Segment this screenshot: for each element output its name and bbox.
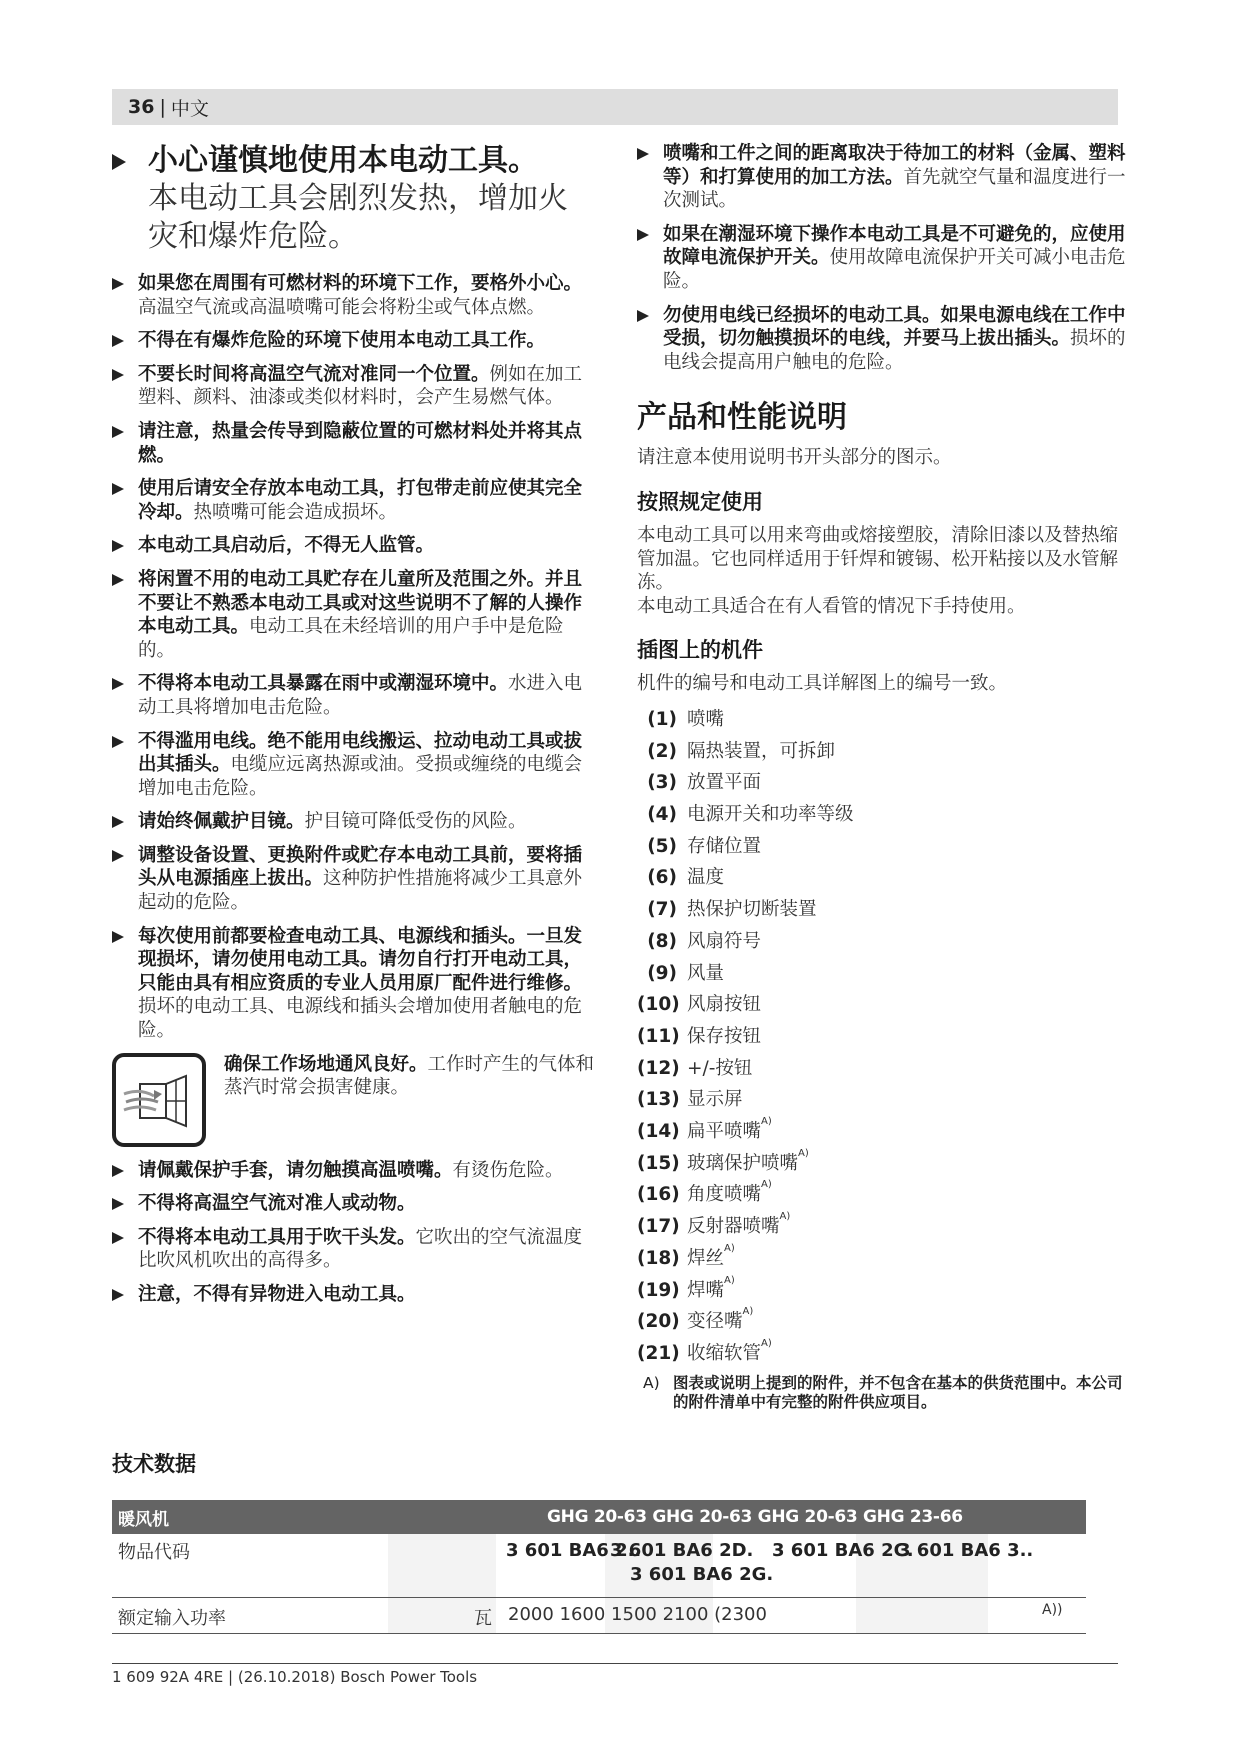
warning-bullet: 使用后请安全存放本电动工具，打包带走前应使其完全冷却。热喷嘴可能会造成损坏。 [112,477,597,524]
component-number: (2) [637,736,687,768]
bullet-bold-text: 本电动工具启动后，不得无人监管。 [138,535,434,556]
component-number: (10) [637,989,687,1021]
component-footnote-ref: A) [761,1116,772,1148]
component-footnote-ref: A) [761,1179,772,1211]
component-number: (14) [637,1116,687,1148]
component-item: (13)显示屏 [637,1084,1127,1116]
components-list: (1)喷嘴(2)隔热装置，可拆卸(3)放置平面(4)电源开关和功率等级(5)存储… [637,704,1127,1370]
lead-warning-bold: 小心谨慎地使用本电动工具。 [148,143,538,178]
warning-bullet: 请始终佩戴护目镜。护目镜可降低受伤的风险。 [112,810,597,834]
right-column: 喷嘴和工件之间的距离取决于待加工的材料（金属、塑料等）和打算使用的加工方法。首先… [637,142,1127,1412]
component-number: (20) [637,1306,687,1338]
component-label: 变径嘴 [687,1306,743,1338]
bullet-text: 护目镜可降低受伤的风险。 [305,811,527,832]
bullet-triangle-icon [637,148,649,160]
bullet-triangle-icon [112,816,124,828]
components-title: 插图上的机件 [637,634,1127,664]
bullet-bold-text: 勿使用电线已经损坏的电动工具。如果电源电线在工作中受损，切勿触摸损坏的电线，并要… [663,305,1126,350]
footnote-mark: A) [637,1374,673,1412]
bullet-triangle-icon [112,1232,124,1244]
page-header: 36 | 中文 [112,89,1118,125]
component-number: (6) [637,862,687,894]
component-number: (19) [637,1275,687,1307]
component-item: (16)角度喷嘴A) [637,1179,1127,1211]
row-value: 2000 1600 1500 2100 (2300 [508,1604,767,1625]
bullet-text: 热喷嘴可能会造成损坏。 [194,502,398,523]
component-footnote-ref: A) [780,1211,791,1243]
bullet-triangle-icon [112,154,126,170]
row-label: 额定输入功率 [118,1604,226,1630]
component-number: (12) [637,1053,687,1085]
component-item: (2)隔热装置，可拆卸 [637,736,1127,768]
row-value: 3 601 BA6 3.. [898,1540,1033,1561]
component-number: (8) [637,926,687,958]
row-value: 3 601 BA6 2C. [772,1540,914,1561]
bullet-triangle-icon [112,736,124,748]
bullet-triangle-icon [112,574,124,586]
lead-warning-text: 本电动工具会剧烈发热，增加火灾和爆炸危险。 [148,181,568,254]
bullet-bold-text: 注意，不得有异物进入电动工具。 [138,1284,416,1305]
component-label: 收缩软管 [687,1338,761,1370]
component-label: +/-按钮 [687,1053,752,1085]
table-header-label: 暖风机 [112,1505,169,1530]
bullet-triangle-icon [112,850,124,862]
header-language: 中文 [171,94,209,121]
footer-text: 1 609 92A 4RE | (26.10.2018) Bosch Power… [112,1668,477,1686]
bullet-text: 损坏的电动工具、电源线和插头会增加使用者触电的危险。 [138,996,582,1041]
bullet-bold-text: 每次使用前都要检查电动工具、电源线和插头。一旦发现损坏，请勿使用电动工具。请勿自… [138,926,582,994]
bullet-bold-text: 不得将本电动工具用于吹干头发。 [138,1227,416,1248]
bullet-triangle-icon [637,229,649,241]
bullet-triangle-icon [112,335,124,347]
component-label: 风扇符号 [687,926,761,958]
components-footnote: A) 图表或说明上提到的附件，并不包含在基本的供货范围中。本公司的附件清单中有完… [637,1374,1127,1412]
component-label: 焊嘴 [687,1275,724,1307]
row-value-footnote: A)) [1042,1602,1063,1618]
ventilation-window-icon [112,1053,206,1147]
bullet-text: 有烫伤危险。 [453,1160,564,1181]
component-label: 扁平喷嘴 [687,1116,761,1148]
component-label: 保存按钮 [687,1021,761,1053]
component-label: 放置平面 [687,767,761,799]
bullet-bold-text: 不得在有爆炸危险的环境下使用本电动工具工作。 [138,330,545,351]
warning-bullet: 不得将本电动工具用于吹干头发。它吹出的空气流温度比吹风机吹出的高得多。 [112,1226,597,1273]
warning-bullet: 不得将高温空气流对准人或动物。 [112,1192,597,1216]
left-bullet-list: 如果您在周围有可燃材料的环境下工作，要格外小心。高温空气流或高温喷嘴可能会将粉尘… [112,272,597,1043]
bullet-bold-text: 不要长时间将高温空气流对准同一个位置。 [138,364,490,385]
component-number: (17) [637,1211,687,1243]
row-value: 3 601 BA6 2G. [630,1564,773,1585]
bullet-triangle-icon [112,369,124,381]
component-item: (7)热保护切断装置 [637,894,1127,926]
component-item: (19)焊嘴A) [637,1275,1127,1307]
component-label: 焊丝 [687,1243,724,1275]
component-number: (9) [637,958,687,990]
warning-bullet: 不得滥用电线。绝不能用电线搬运、拉动电动工具或拔出其插头。电缆应远离热源或油。受… [112,730,597,801]
component-number: (1) [637,704,687,736]
bullet-text: 高温空气流或高温喷嘴可能会将粉尘或气体点燃。 [138,297,545,318]
table-header-models: GHG 20-63 GHG 20-63 GHG 20-63 GHG 23-66 [547,1507,963,1527]
intended-use-title: 按照规定使用 [637,486,1127,516]
component-number: (21) [637,1338,687,1370]
component-label: 反射器喷嘴 [687,1211,780,1243]
component-item: (6)温度 [637,862,1127,894]
component-item: (5)存储位置 [637,831,1127,863]
table-row-article-number: 物品代码 3 601 BA6 2.. 3 601 BA6 2D. 3 601 B… [112,1534,1086,1598]
warning-bullet: 注意，不得有异物进入电动工具。 [112,1283,597,1307]
row-value: 3 601 BA6 2D. [610,1540,753,1561]
component-item: (21)收缩软管A) [637,1338,1127,1370]
component-label: 温度 [687,862,724,894]
tech-data-table: 暖风机 GHG 20-63 GHG 20-63 GHG 20-63 GHG 23… [112,1500,1086,1634]
component-label: 隔热装置，可拆卸 [687,736,835,768]
row-unit: 瓦 [474,1604,492,1630]
component-label: 风扇按钮 [687,989,761,1021]
warning-bullet: 调整设备设置、更换附件或贮存本电动工具前，要将插头从电源插座上拔出。这种防护性措… [112,844,597,915]
component-number: (5) [637,831,687,863]
warning-bullet: 如果在潮湿环境下操作本电动工具是不可避免的，应使用故障电流保护开关。使用故障电流… [637,223,1127,294]
ventilation-bold: 确保工作场地通风良好。 [224,1054,428,1075]
component-number: (16) [637,1179,687,1211]
warning-bullet: 喷嘴和工件之间的距离取决于待加工的材料（金属、塑料等）和打算使用的加工方法。首先… [637,142,1127,213]
component-item: (4)电源开关和功率等级 [637,799,1127,831]
component-label: 玻璃保护喷嘴 [687,1148,798,1180]
warning-bullet: 如果您在周围有可燃材料的环境下工作，要格外小心。高温空气流或高温喷嘴可能会将粉尘… [112,272,597,319]
warning-bullet: 本电动工具启动后，不得无人监管。 [112,534,597,558]
component-item: (12)+/-按钮 [637,1053,1127,1085]
left-column: 小心谨慎地使用本电动工具。 本电动工具会剧烈发热，增加火灾和爆炸危险。 如果您在… [112,142,597,1317]
warning-bullet: 将闲置不用的电动工具贮存在儿童所及范围之外。并且不要让不熟悉本电动工具或对这些说… [112,568,597,662]
table-row-rated-power: 额定输入功率 瓦 2000 1600 1500 2100 (2300 A)) [112,1598,1086,1634]
warning-bullet: 每次使用前都要检查电动工具、电源线和插头。一旦发现损坏，请勿使用电动工具。请勿自… [112,925,597,1043]
bullet-bold-text: 请佩戴保护手套，请勿触摸高温喷嘴。 [138,1160,453,1181]
component-label: 电源开关和功率等级 [687,799,854,831]
bullet-bold-text: 不得将高温空气流对准人或动物。 [138,1193,416,1214]
page-number: 36 [128,96,154,118]
component-item: (14)扁平喷嘴A) [637,1116,1127,1148]
intended-use-text-2: 本电动工具适合在有人看管的情况下手持使用。 [637,595,1127,619]
bullet-bold-text: 如果您在周围有可燃材料的环境下工作，要格外小心。 [138,273,582,294]
component-number: (15) [637,1148,687,1180]
tech-data-title: 技术数据 [112,1448,196,1478]
section-intro: 请注意本使用说明书开头部分的图示。 [637,446,1127,470]
component-label: 热保护切断装置 [687,894,817,926]
component-footnote-ref: A) [724,1243,735,1275]
warning-bullet: 勿使用电线已经损坏的电动工具。如果电源电线在工作中受损，切勿触摸损坏的电线，并要… [637,304,1127,375]
bullet-triangle-icon [112,426,124,438]
bullet-triangle-icon [112,1165,124,1177]
warning-bullet: 不得将本电动工具暴露在雨中或潮湿环境中。水进入电动工具将增加电击危险。 [112,672,597,719]
warning-bullet: 不要长时间将高温空气流对准同一个位置。例如在加工塑料、颜料、油漆或类似材料时，会… [112,363,597,410]
component-item: (8)风扇符号 [637,926,1127,958]
lead-warning: 小心谨慎地使用本电动工具。 本电动工具会剧烈发热，增加火灾和爆炸危险。 [112,142,597,256]
component-label: 存储位置 [687,831,761,863]
intended-use-text: 本电动工具可以用来弯曲或熔接塑胶，清除旧漆以及替热缩管加温。它也同样适用于钎焊和… [637,524,1127,595]
table-header-row: 暖风机 GHG 20-63 GHG 20-63 GHG 20-63 GHG 23… [112,1500,1086,1534]
component-item: (11)保存按钮 [637,1021,1127,1053]
warning-bullet: 不得在有爆炸危险的环境下使用本电动工具工作。 [112,329,597,353]
bullet-bold-text: 不得将本电动工具暴露在雨中或潮湿环境中。 [138,673,508,694]
footer-divider [112,1663,1118,1664]
bullet-triangle-icon [112,1289,124,1301]
footnote-text: 图表或说明上提到的附件，并不包含在基本的供货范围中。本公司的附件清单中有完整的附… [673,1374,1127,1412]
bullet-triangle-icon [112,931,124,943]
bullet-bold-text: 请始终佩戴护目镜。 [138,811,305,832]
row-label: 物品代码 [118,1538,190,1564]
bullet-triangle-icon [112,483,124,495]
left-bullet-list-after: 请佩戴保护手套，请勿触摸高温喷嘴。有烫伤危险。不得将高温空气流对准人或动物。不得… [112,1159,597,1307]
header-separator: | [159,96,165,118]
bullet-triangle-icon [112,540,124,552]
component-number: (3) [637,767,687,799]
right-bullet-list: 喷嘴和工件之间的距离取决于待加工的材料（金属、塑料等）和打算使用的加工方法。首先… [637,142,1127,374]
component-item: (1)喷嘴 [637,704,1127,736]
component-number: (4) [637,799,687,831]
component-item: (18)焊丝A) [637,1243,1127,1275]
component-item: (9)风量 [637,958,1127,990]
component-label: 喷嘴 [687,704,724,736]
component-footnote-ref: A) [761,1338,772,1370]
component-item: (3)放置平面 [637,767,1127,799]
bullet-triangle-icon [112,1198,124,1210]
bullet-bold-text: 请注意，热量会传导到隐蔽位置的可燃材料处并将其点燃。 [138,421,582,466]
components-intro: 机件的编号和电动工具详解图上的编号一致。 [637,672,1127,696]
component-item: (20)变径嘴A) [637,1306,1127,1338]
component-label: 显示屏 [687,1084,743,1116]
component-item: (17)反射器喷嘴A) [637,1211,1127,1243]
component-footnote-ref: A) [724,1275,735,1307]
bullet-triangle-icon [637,310,649,322]
component-item: (10)风扇按钮 [637,989,1127,1021]
component-number: (18) [637,1243,687,1275]
bullet-triangle-icon [112,278,124,290]
section-title: 产品和性能说明 [637,392,1127,436]
bullet-triangle-icon [112,678,124,690]
component-label: 角度喷嘴 [687,1179,761,1211]
component-number: (13) [637,1084,687,1116]
component-footnote-ref: A) [798,1148,809,1180]
warning-bullet: 请注意，热量会传导到隐蔽位置的可燃材料处并将其点燃。 [112,420,597,467]
component-label: 风量 [687,958,724,990]
component-number: (11) [637,1021,687,1053]
component-footnote-ref: A) [743,1306,754,1338]
component-number: (7) [637,894,687,926]
component-item: (15)玻璃保护喷嘴A) [637,1148,1127,1180]
ventilation-note: 确保工作场地通风良好。工作时产生的气体和蒸汽时常会损害健康。 [112,1053,597,1147]
warning-bullet: 请佩戴保护手套，请勿触摸高温喷嘴。有烫伤危险。 [112,1159,597,1183]
